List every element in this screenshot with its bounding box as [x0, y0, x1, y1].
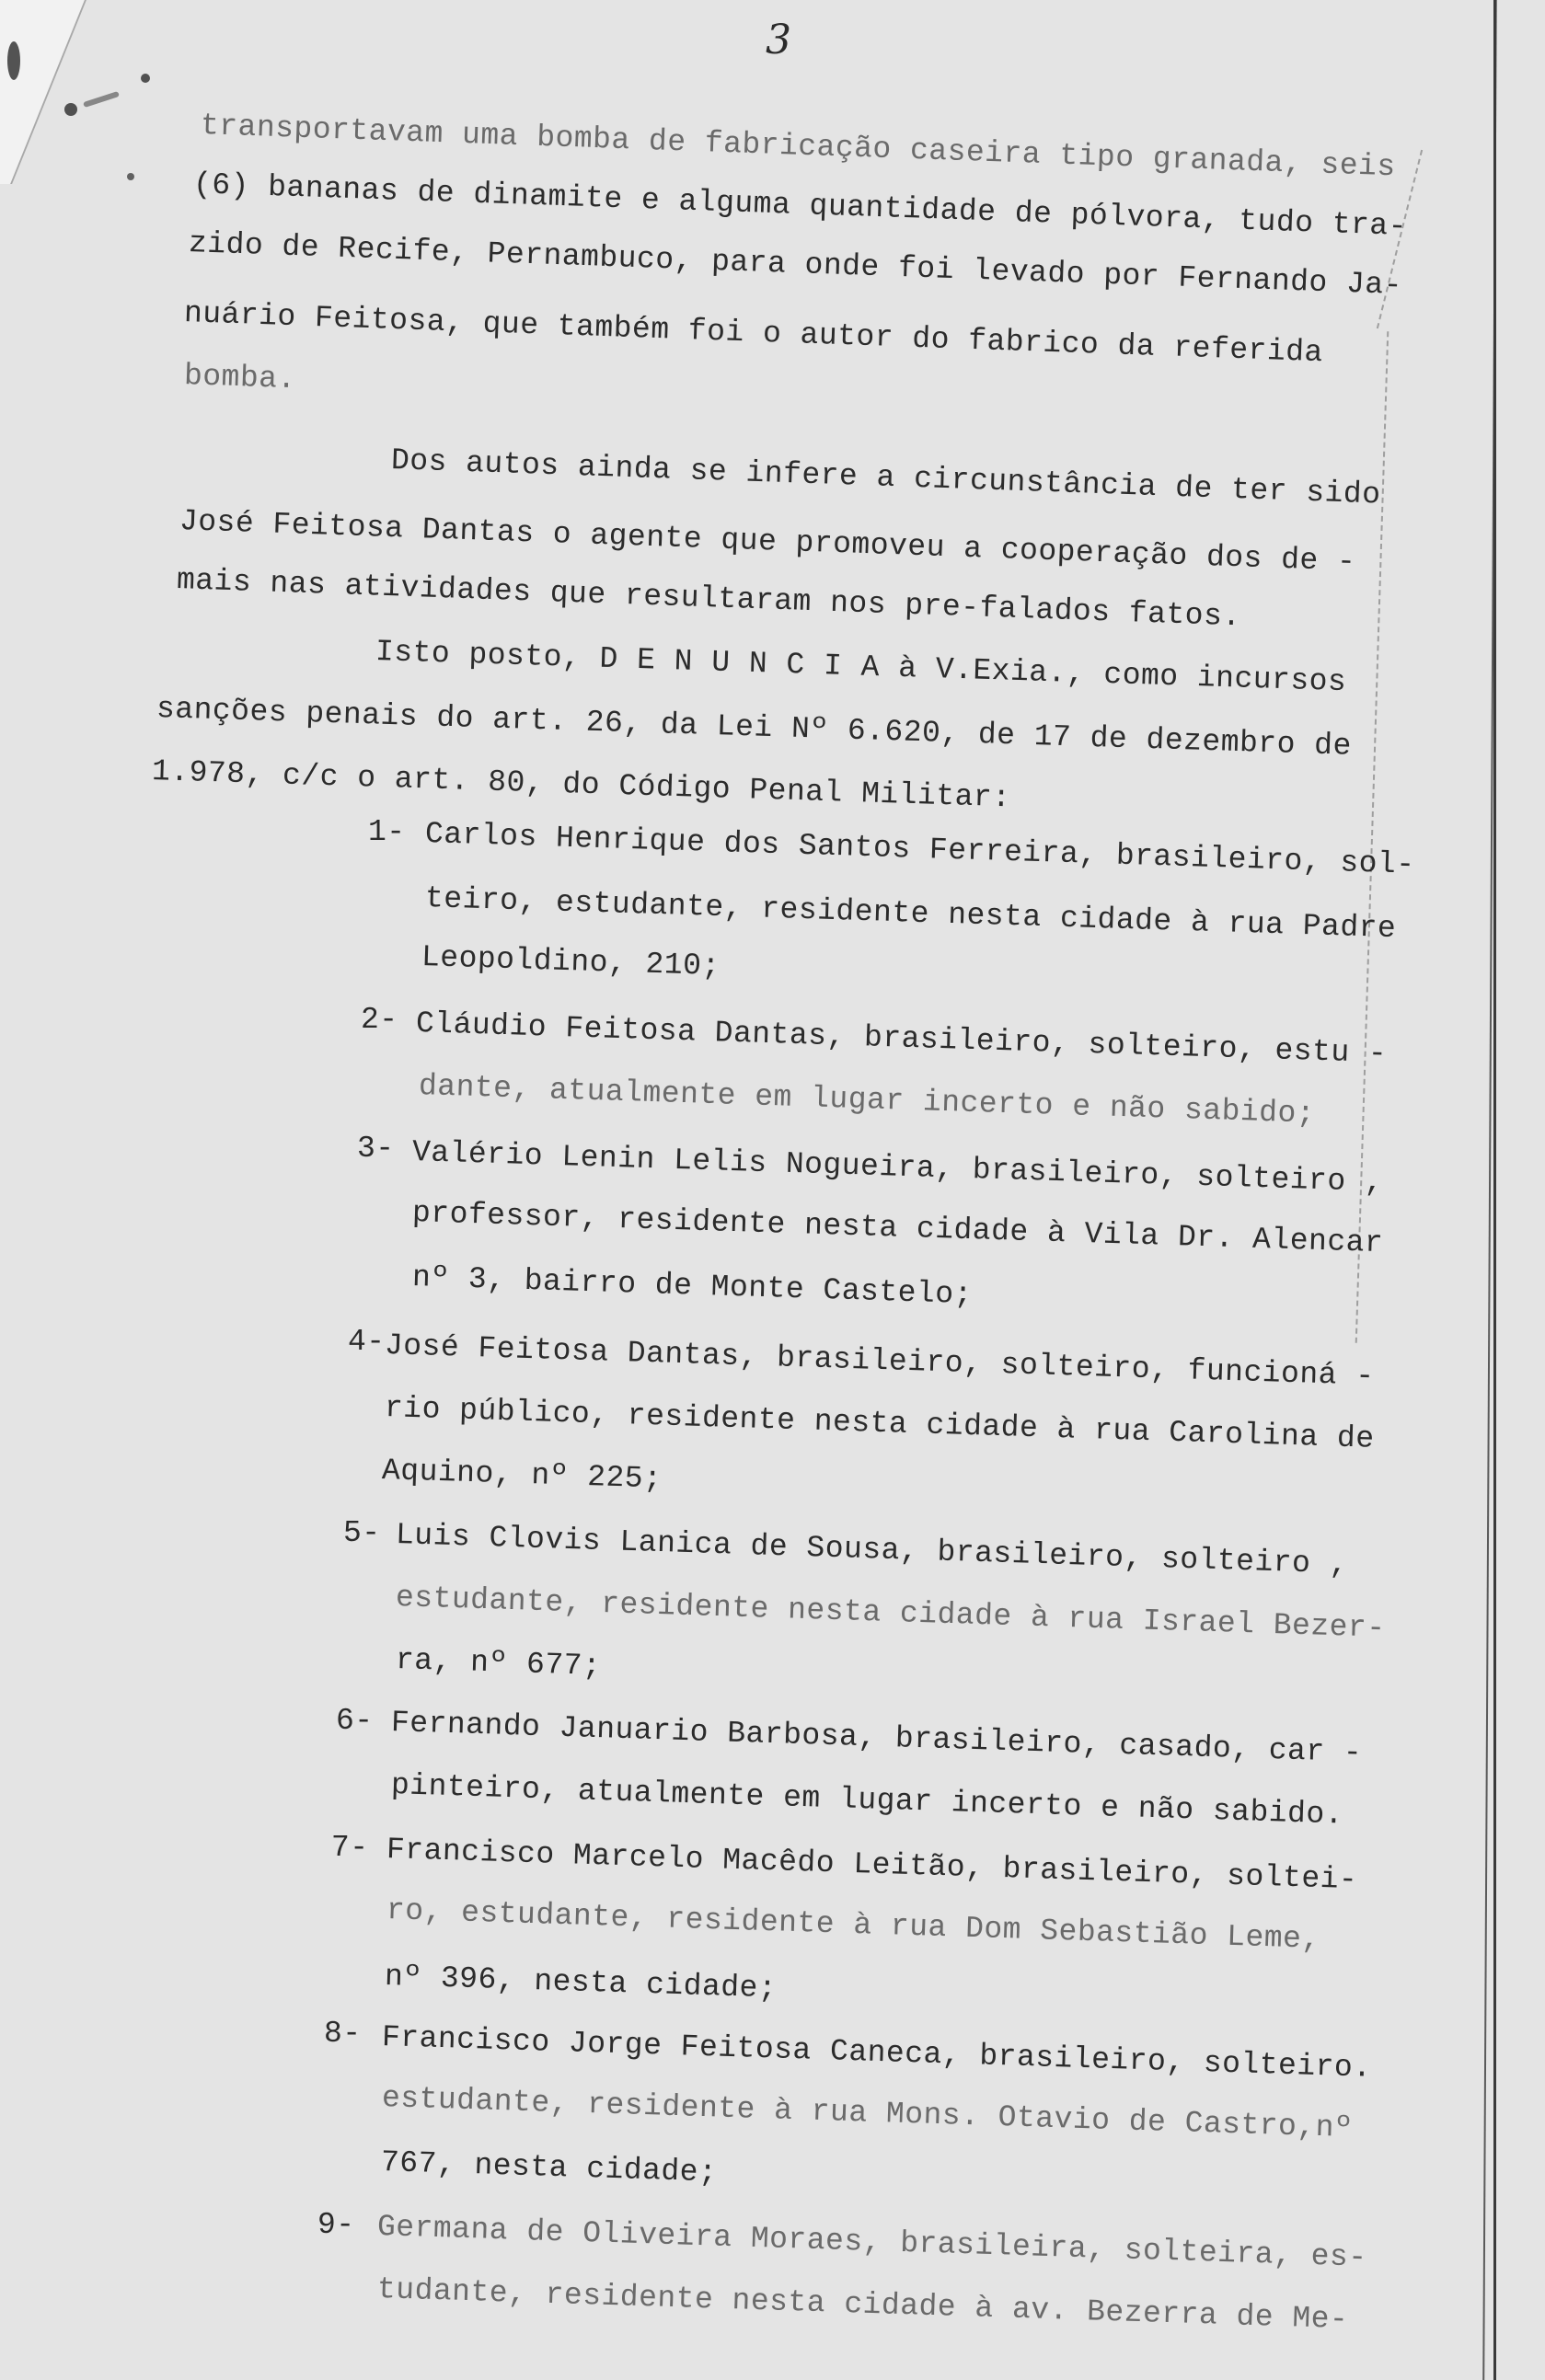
defendant-line: Francisco Marcelo Macêdo Leitão, brasile… [386, 1833, 1357, 1897]
defendant-number: 7- [331, 1831, 369, 1865]
defendant-line: ra, nº 677; [395, 1643, 601, 1684]
defendant-line: rio público, residente nesta cidade à ru… [384, 1391, 1375, 1456]
defendant-line: dante, atualmente em lugar incerto e não… [418, 1069, 1315, 1132]
defendant-line: Luis Clovis Lanica de Sousa, brasileiro,… [395, 1518, 1348, 1582]
paragraph-line: zido de Recife, Pernambuco, para onde fo… [188, 226, 1402, 303]
defendant-number: 1- [368, 815, 406, 849]
defendant-line: estudante, residente à rua Mons. Otavio … [381, 2081, 1353, 2145]
paragraph-line: José Feitosa Dantas o agente que promove… [179, 504, 1356, 580]
defendant-line: teiro, estudante, residente nesta cidade… [424, 881, 1396, 946]
paragraph-line: Dos autos ainda se infere a circunstânci… [390, 443, 1381, 512]
paragraph-line: Isto posto, D E N U N C I A à V.Exia., c… [375, 635, 1346, 699]
defendant-line: Francisco Jorge Feitosa Caneca, brasilei… [381, 2020, 1372, 2086]
defendant-number: 2- [361, 1003, 398, 1037]
paragraph-line: sanções penais do art. 26, da Lei Nº 6.6… [156, 692, 1352, 764]
paragraph-line: 1.978, c/c o art. 80, do Código Penal Mi… [151, 754, 1011, 815]
defendant-line: Fernando Januario Barbosa, brasileiro, c… [390, 1706, 1362, 1770]
defendant-line: Leopoldino, 210; [421, 940, 721, 983]
paragraph-line: transportavam uma bomba de fabricação ca… [200, 109, 1396, 184]
defendant-line: tudante, residente nesta cidade à av. Be… [376, 2272, 1348, 2337]
paragraph-line: nuário Feitosa, que também foi o autor d… [183, 296, 1323, 370]
defendant-line: pinteiro, atualmente em lugar incerto e … [390, 1768, 1343, 1833]
defendant-line: José Feitosa Dantas, brasileiro, solteir… [384, 1328, 1375, 1394]
defendant-line: ro, estudante, residente à rua Dom Sebas… [386, 1893, 1320, 1957]
defendant-line: nº 396, nesta cidade; [384, 1960, 777, 2006]
defendant-number: 6- [336, 1704, 374, 1738]
defendant-line: Cláudio Feitosa Dantas, brasileiro, solt… [415, 1006, 1387, 1071]
defendant-line: estudante, residente nesta cidade à rua … [395, 1581, 1386, 1646]
defendant-line: nº 3, bairro de Monte Castelo; [411, 1260, 973, 1312]
document-body: transportavam uma bomba de fabricação ca… [0, 0, 1545, 2380]
defendant-number: 4- [348, 1325, 386, 1359]
defendant-number: 3- [357, 1132, 395, 1166]
defendant-line: 767, nesta cidade; [380, 2145, 717, 2190]
defendant-number: 5- [343, 1516, 381, 1550]
paragraph-line: mais nas atividades que resultaram nos p… [176, 563, 1241, 634]
defendant-number: 9- [317, 2208, 355, 2242]
paragraph-line: bomba. [183, 359, 296, 397]
defendant-line: Aquino, nº 225; [381, 1454, 663, 1497]
defendant-line: Valério Lenin Lelis Nogueira, brasileiro… [411, 1135, 1383, 1200]
defendant-line: Germana de Oliveira Moraes, brasileira, … [376, 2210, 1367, 2275]
defendant-number: 8- [324, 2017, 362, 2051]
defendant-line: Carlos Henrique dos Santos Ferreira, bra… [424, 817, 1415, 882]
defendant-line: professor, residente nesta cidade à Vila… [411, 1196, 1383, 1260]
scanned-page: 3 transportavam uma bomba de fabricação … [0, 0, 1545, 2380]
